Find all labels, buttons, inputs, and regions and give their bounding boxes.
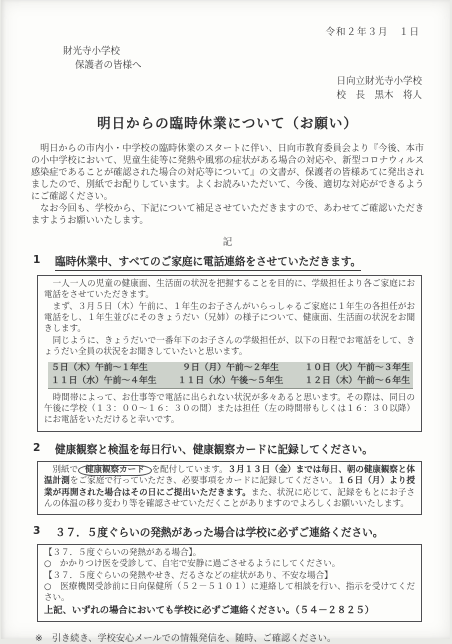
intro-paragraph-2: なお今回も、学校から、下記について補足させていただきますので、あわせてご確認いた…	[31, 203, 424, 227]
call-schedule-table: ５日（木）午前～１年生 ９日（月）午前～２年生 １０日（火）午前～３年生 １１日…	[48, 362, 413, 389]
document-date: 令和２年３月 １日	[31, 24, 424, 38]
fever-case2-instruction: ○ 医療機関受診前に日向保健所（５２－５１０１）に連絡して相談を行い、指示を受け…	[44, 582, 415, 605]
section2-seg2: を配付しています。	[152, 465, 228, 475]
scanned-document-page: 令和２年３月 １日 財光寺小学校 保護者の皆様へ 日向立財光寺小学校 校 長 黒…	[1, 0, 450, 639]
section1-paragraph-1: 一人一人の児童の健康面、生活面の状況を把握することを目的に、学級担任より各ご家庭…	[44, 279, 415, 302]
section1-heading-text: 臨時休業中、すべてのご家庭に電話連絡をさせていただきます。	[55, 254, 361, 271]
intro-paragraph-1: 明日からの市内小・中学校の臨時休業のスタートに伴い、日向市教育委員会より『今後、…	[31, 143, 424, 203]
section1-paragraph-2: まず、３月５日（木）午前に、１年生のお子さんがいらっしゃるご家庭に１年生の各担任…	[44, 302, 415, 336]
section2-heading-text: 健康観察と検温を毎日行い、健康観察カードに記録してください。	[55, 442, 373, 457]
intro-paragraphs: 明日からの市内小・中学校の臨時休業のスタートに伴い、日向市教育委員会より『今後、…	[31, 143, 424, 227]
schedule-cell: １１日（水）午前～４年生	[51, 375, 171, 388]
schedule-cell: １２日（木）午前～６年生	[290, 375, 410, 388]
fever-case1-label: 【３７．５度ぐらいの発熱がある場合】。	[44, 548, 415, 559]
issuer-school-name: 日向立財光寺小学校	[31, 75, 422, 89]
section2-text: 別紙で健康観察カードを配付しています。３月１３日（金）までは毎日、朝の健康観察と…	[44, 465, 415, 511]
section3-heading-text: ３７．５度ぐらいの発熱があった場合は学校に必ずご連絡ください。	[55, 525, 383, 540]
section1-box: 一人一人の児童の健康面、生活面の状況を把握することを目的に、学級担任より各ご家庭…	[37, 275, 422, 431]
fever-case2-label: 【３７．５度ぐらいの発熱やせき、だるさなどの症状があり、不安な場合】	[44, 571, 415, 582]
ki-marker: 記	[31, 234, 424, 248]
section1-paragraph-4: 時間帯によって、お仕事等で電話に出られない状況が多々あると思います。その際は、同…	[44, 393, 415, 427]
section1-number: 1	[33, 254, 55, 271]
document-title: 明日からの臨時休業について（お願い）	[31, 112, 424, 132]
schedule-row-2: １１日（水）午前～４年生 １１日（水）午後～５年生 １２日（木）午前～６年生	[48, 375, 413, 388]
section2-number: 2	[33, 442, 55, 457]
section3-number: 3	[33, 525, 55, 540]
addressee-label: 保護者の皆様へ	[75, 59, 424, 73]
schedule-cell: １０日（火）午前～３年生	[290, 362, 410, 375]
section3-box: 【３７．５度ぐらいの発熱がある場合】。 ○ かかりつけ医を受診して、自宅で安静に…	[37, 544, 422, 622]
principal-name: 校 長 黒木 将人	[31, 89, 422, 103]
section2-box: 別紙で健康観察カードを配付しています。３月１３日（金）までは毎日、朝の健康観察と…	[37, 461, 422, 516]
schedule-cell: １１日（水）午後～５年生	[171, 375, 291, 388]
section1-heading: 1 臨時休業中、すべてのご家庭に電話連絡をさせていただきます。	[33, 254, 424, 271]
sender-school-name: 財光寺小学校	[63, 45, 424, 59]
section2-seg1: 別紙で	[44, 465, 78, 475]
school-contact-instruction: 上記、いずれの場合においても学校に必ずご連絡ください。（５４－２８２５）	[44, 605, 415, 617]
section2-seg4: をご家庭で行っていただき、必要事項をカードに記録してください。	[70, 476, 337, 486]
section3-heading: 3 ３７．５度ぐらいの発熱があった場合は学校に必ずご連絡ください。	[33, 525, 424, 540]
footer-note: ※ 引き続き、学校安心メールでの情報発信を、随時、ご確認ください。	[35, 630, 424, 640]
schedule-cell: ９日（月）午前～２年生	[171, 362, 291, 375]
schedule-cell: ５日（木）午前～１年生	[51, 362, 171, 375]
schedule-row-1: ５日（木）午前～１年生 ９日（月）午前～２年生 １０日（火）午前～３年生	[48, 362, 413, 375]
section1-paragraph-3: 同じように、きょうだいで一番年下のお子さんの学級担任が、以下の日程でお電話をして…	[44, 336, 415, 359]
section2-heading: 2 健康観察と検温を毎日行い、健康観察カードに記録してください。	[33, 442, 424, 457]
fever-case1-instruction: ○ かかりつけ医を受診して、自宅で安静に過ごさせるようにしてください。	[44, 559, 415, 570]
addressee-block: 財光寺小学校 保護者の皆様へ	[63, 45, 424, 73]
health-observation-card-label: 健康観察カード	[78, 465, 152, 477]
issuer-block: 日向立財光寺小学校 校 長 黒木 将人	[31, 75, 424, 104]
